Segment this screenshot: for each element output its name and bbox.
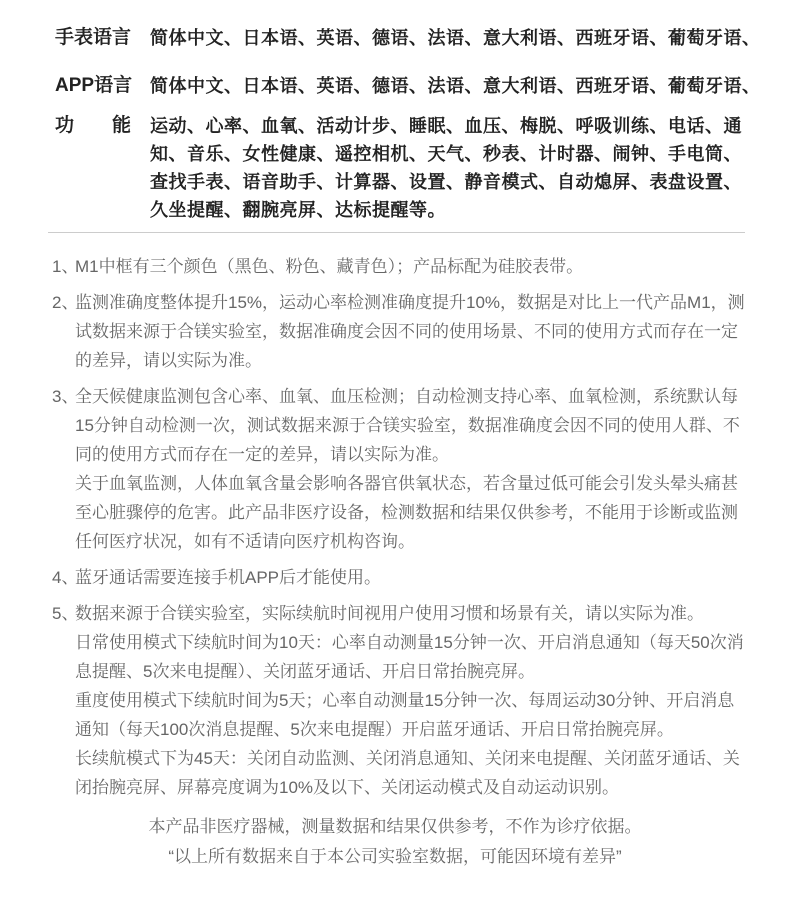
product-spec-page: 手表语言 简体中文、日本语、英语、德语、法语、意大利语、西班牙语、葡萄牙语、俄语… <box>0 0 790 906</box>
disclaimer-quote-line: “以上所有数据来自于本公司实验室数据，可能因环境有差异” <box>0 842 790 872</box>
spec-label-functions: 功能 <box>55 112 131 140</box>
spec-row-functions: 功能 运动、心率、血氧、活动计步、睡眠、血压、梅脱、呼吸训练、电话、通知、音乐、… <box>55 112 748 224</box>
note-paragraph: 长续航模式下为45天：关闭自动监测、关闭消息通知、关闭来电提醒、关闭蓝牙通话、关… <box>75 744 746 802</box>
note-item-3: 3、 全天候健康监测包含心率、血氧、血压检测；自动检测支持心率、血氧检测，系统默… <box>52 382 746 556</box>
note-paragraph: 全天候健康监测包含心率、血氧、血压检测；自动检测支持心率、血氧检测，系统默认每1… <box>75 382 746 469</box>
note-paragraph: 关于血氧监测，人体血氧含量会影响各器官供氧状态，若含量过低可能会引发头晕头痛甚至… <box>75 469 746 556</box>
note-paragraph: 蓝牙通话需要连接手机APP后才能使用。 <box>75 563 746 592</box>
footer-disclaimer: 本产品非医疗器械，测量数据和结果仅供参考，不作为诊疗依据。 “以上所有数据来自于… <box>0 812 790 872</box>
note-paragraph: 监测准确度整体提升15%，运动心率检测准确度提升10%，数据是对比上一代产品M1… <box>75 288 746 375</box>
note-paragraph: 日常使用模式下续航时间为10天：心率自动测量15分钟一次、开启消息通知（每天50… <box>75 628 746 686</box>
spec-label-watch-language: 手表语言 <box>55 24 131 52</box>
note-number-1: 1、 <box>52 252 78 281</box>
note-item-4: 4、 蓝牙通话需要连接手机APP后才能使用。 <box>52 563 746 592</box>
spec-value-app-language: 简体中文、日本语、英语、德语、法语、意大利语、西班牙语、葡萄牙语、俄语、 <box>150 72 748 100</box>
note-item-5: 5、 数据来源于合镁实验室，实际续航时间视用户使用习惯和场景有关，请以实际为准。… <box>52 599 746 802</box>
spec-label-app-language: APP语言 <box>55 72 131 100</box>
spec-value-functions: 运动、心率、血氧、活动计步、睡眠、血压、梅脱、呼吸训练、电话、通知、音乐、女性健… <box>150 112 748 224</box>
note-paragraph: M1中框有三个颜色（黑色、粉色、藏青色）；产品标配为硅胶表带。 <box>75 252 746 281</box>
spec-row-app-language: APP语言 简体中文、日本语、英语、德语、法语、意大利语、西班牙语、葡萄牙语、俄… <box>55 72 748 100</box>
note-paragraph: 重度使用模式下续航时间为5天；心率自动测量15分钟一次、每周运动30分钟、开启消… <box>75 686 746 744</box>
note-paragraph: 数据来源于合镁实验室，实际续航时间视用户使用习惯和场景有关，请以实际为准。 <box>75 599 746 628</box>
spec-row-watch-language: 手表语言 简体中文、日本语、英语、德语、法语、意大利语、西班牙语、葡萄牙语、俄语… <box>55 24 748 52</box>
note-item-1: 1、 M1中框有三个颜色（黑色、粉色、藏青色）；产品标配为硅胶表带。 <box>52 252 746 281</box>
notes-section: 1、 M1中框有三个颜色（黑色、粉色、藏青色）；产品标配为硅胶表带。 2、 监测… <box>0 233 790 802</box>
spec-section: 手表语言 简体中文、日本语、英语、德语、法语、意大利语、西班牙语、葡萄牙语、俄语… <box>0 0 790 224</box>
note-number-5: 5、 <box>52 599 78 628</box>
spec-value-watch-language: 简体中文、日本语、英语、德语、法语、意大利语、西班牙语、葡萄牙语、俄语、 <box>150 24 748 52</box>
note-number-2: 2、 <box>52 288 78 317</box>
note-item-2: 2、 监测准确度整体提升15%，运动心率检测准确度提升10%，数据是对比上一代产… <box>52 288 746 375</box>
note-number-4: 4、 <box>52 563 78 592</box>
note-number-3: 3、 <box>52 382 78 411</box>
disclaimer-line: 本产品非医疗器械，测量数据和结果仅供参考，不作为诊疗依据。 <box>0 812 790 842</box>
